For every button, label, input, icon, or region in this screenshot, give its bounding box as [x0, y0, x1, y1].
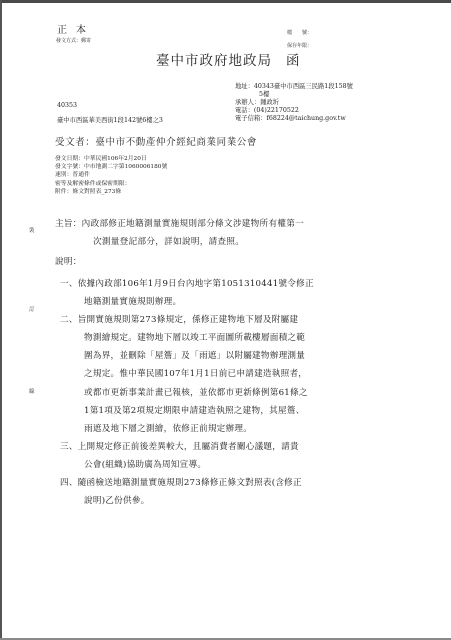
document-info: 發文日期：中華民國106年2月20日 發文字號：中市地測二字第106000618…: [55, 155, 167, 196]
scan-border-top: [0, 0, 451, 3]
scan-border-left: [0, 0, 2, 640]
attachment: 附件：條文對照表_273條: [55, 188, 167, 196]
binding-mark-zhuang: 裝: [29, 226, 35, 234]
binding-mark-ding: 訂: [29, 305, 35, 313]
recipient: 受文者：臺中市不動產仲介經紀商業同業公會: [55, 134, 257, 148]
email: 電子信箱：f68224@taichung.gov.tw: [235, 115, 353, 123]
sender-info: 地址：40343臺中市西區三民路1段158號 5樓 承辦人：鍾政圻 電話：(04…: [235, 83, 353, 123]
description-items: 一、依據內政部106年1月9日台內地字第1051310441號令修正 地籍測量實…: [60, 275, 314, 510]
recipient-address: 臺中市西區華美西街1段142號6樓之3: [57, 115, 163, 124]
sender-address: 地址：40343臺中市西區三民路1段158號: [235, 83, 353, 91]
issuing-organization: 臺中市政府地政局: [156, 53, 272, 69]
document-type: 函: [286, 53, 301, 69]
description-label: 說明：: [55, 255, 82, 267]
handler: 承辦人：鍾政圻: [235, 99, 353, 107]
issue-date: 發文日期：中華民國106年2月20日: [55, 155, 167, 163]
description-item-1: 一、依據內政部106年1月9日台內地字第1051310441號令修正 地籍測量實…: [60, 275, 314, 311]
document-number: 發文字號：中市地測二字第1060006180號: [55, 163, 167, 171]
recipient-zip: 40353: [57, 102, 77, 109]
subject: 主旨：內政部修正地籍測量實施規則部分條文涉建物所有權第一 次測量登記部分，詳如說…: [55, 215, 304, 251]
retention-period-label: 保存年限：: [287, 42, 312, 49]
sender-address-cont: 5樓: [235, 91, 353, 99]
description-item-2: 二、旨開實施規則第273條規定，係修正建物地下層及附屬建 物測繪規定。建物地下層…: [60, 311, 314, 438]
phone: 電話：(04)22170522: [235, 107, 353, 115]
send-method: 發文方式：郵寄: [56, 37, 91, 44]
delivery-speed: 速別：普通件: [55, 171, 167, 179]
description-item-3: 三、上開規定修正前後差異較大，且屬消費者關心議題，請貴 公會(組織)協助廣為周知…: [60, 438, 314, 474]
document-title: 臺中市政府地政局函: [156, 49, 301, 69]
description-item-4: 四、隨函檢送地籍測量實施規則273條修正條文對照表(含修正 說明)乙份供參。: [60, 474, 314, 510]
secrecy-level: 密等及解密條件或保密期限：: [55, 180, 167, 188]
copy-mark: 正本: [57, 21, 95, 36]
subject-line-2: 次測量登記部分，詳如說明，請查照。: [55, 233, 304, 251]
subject-line-1: 主旨：內政部修正地籍測量實施規則部分條文涉建物所有權第一: [55, 215, 304, 233]
binding-mark-xian: 線: [29, 387, 35, 395]
file-number-label: 檔 號：: [287, 29, 312, 36]
